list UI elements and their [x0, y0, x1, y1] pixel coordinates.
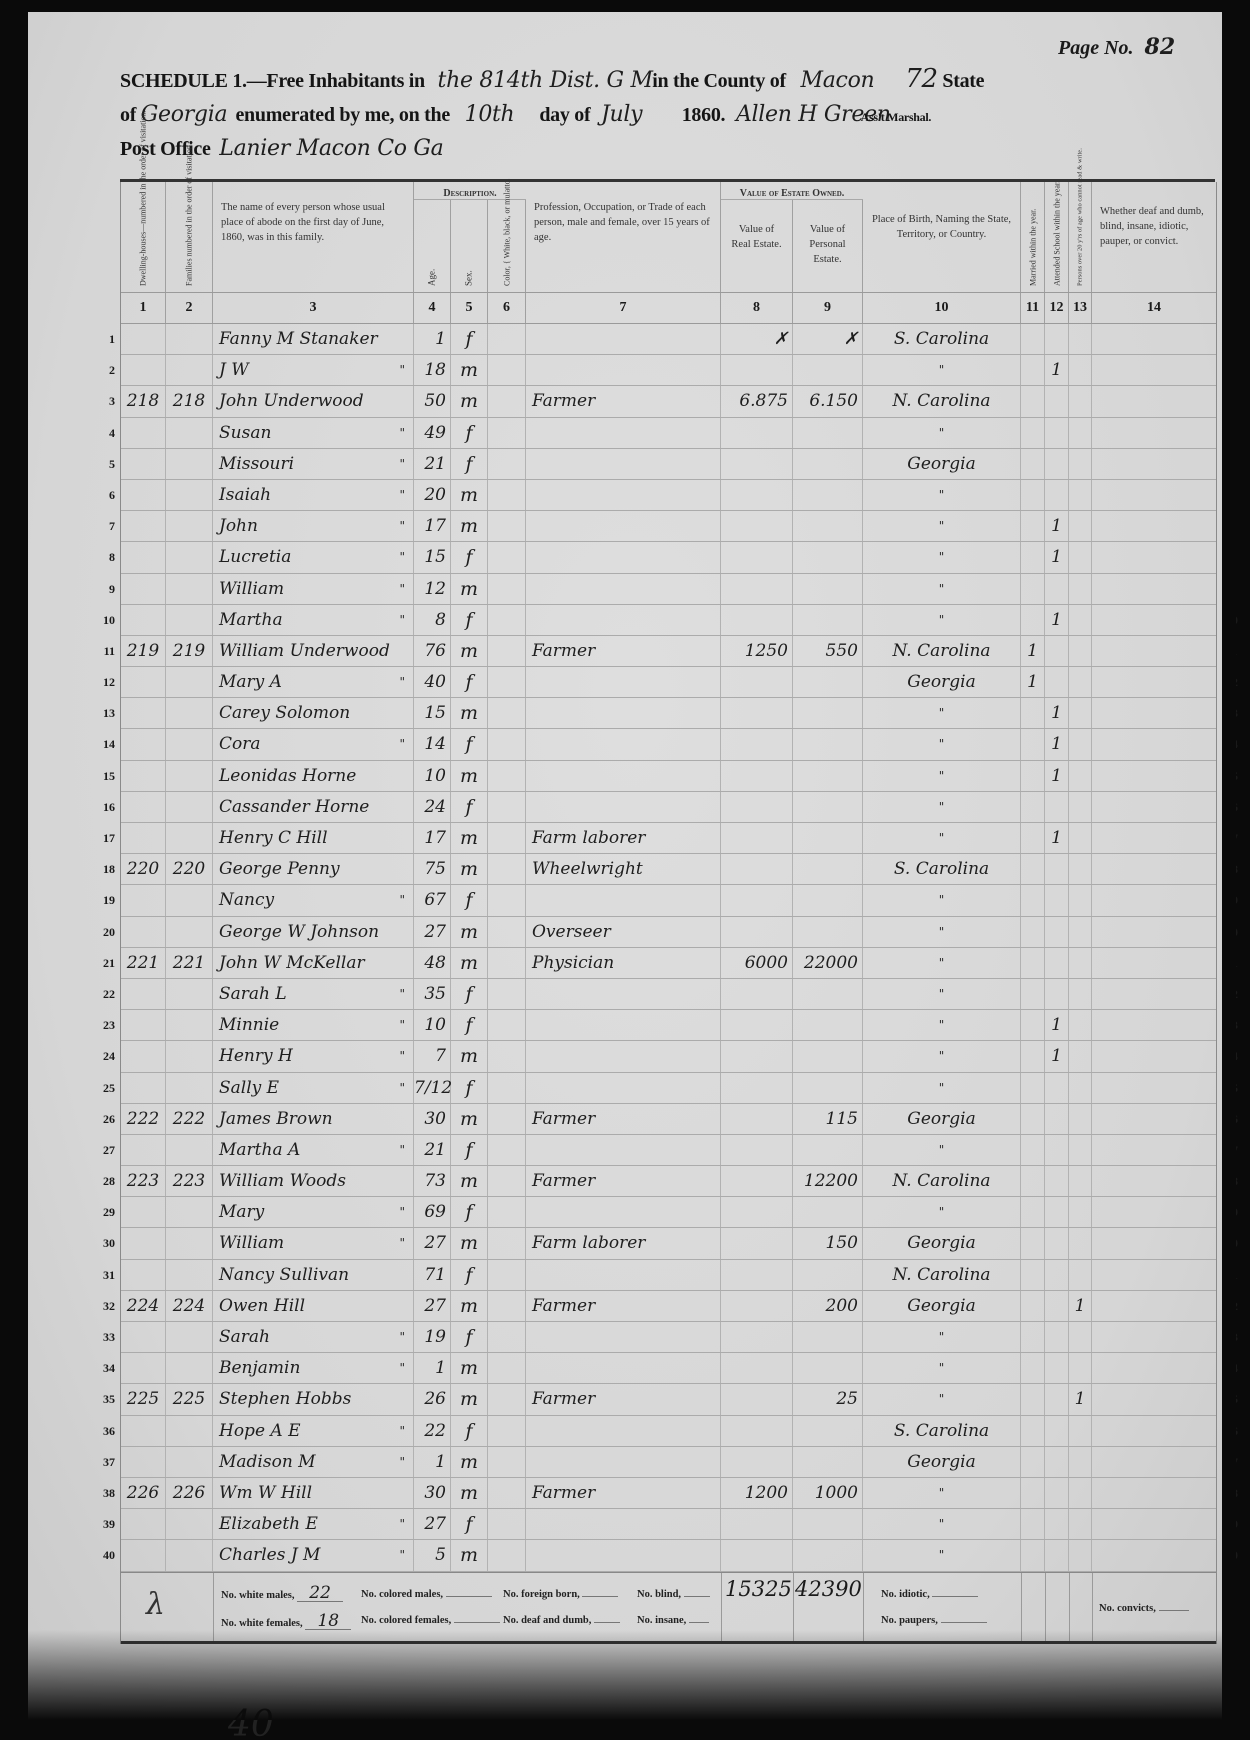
- col-num-14: 14: [1092, 293, 1216, 323]
- real-estate-value: [721, 854, 793, 884]
- person-name: Missouri": [213, 449, 414, 479]
- personal-estate-value: [793, 605, 863, 635]
- ditto-mark: ": [399, 885, 405, 915]
- person-name: Elizabeth E": [213, 1509, 414, 1539]
- married-within-year: [1021, 480, 1045, 510]
- color: [488, 979, 526, 1009]
- person-name-text: Elizabeth E: [219, 1514, 318, 1534]
- infirmity: [1092, 1384, 1216, 1414]
- occupation: [526, 792, 721, 822]
- age: 21: [414, 449, 451, 479]
- person-name-text: Nancy: [219, 890, 274, 910]
- age: 1: [414, 324, 451, 354]
- color: [488, 1073, 526, 1103]
- real-estate-value: ✗: [721, 324, 793, 354]
- color: [488, 386, 526, 416]
- personal-estate-value: [793, 1322, 863, 1352]
- age: 71: [414, 1260, 451, 1290]
- infirmity: [1092, 355, 1216, 385]
- real-estate-value: [721, 1509, 793, 1539]
- color: [488, 1384, 526, 1414]
- colored-males-label: No. colored males,: [361, 1589, 443, 1600]
- person-name: Isaiah": [213, 480, 414, 510]
- real-estate-value: [721, 792, 793, 822]
- attended-school: [1045, 948, 1069, 978]
- scan-edge: [1222, 12, 1236, 1720]
- personal-estate-value: [793, 1509, 863, 1539]
- table-row: 4Susan"49f"4: [121, 418, 1216, 449]
- person-name-text: Missouri: [219, 454, 294, 474]
- family-number: [166, 574, 213, 604]
- attended-school: [1045, 1322, 1069, 1352]
- table-row: 9William"12m"9: [121, 574, 1216, 605]
- sex: m: [451, 854, 488, 884]
- page-number: Page No. 82: [1058, 34, 1175, 60]
- table-row: 14Cora"14f"114: [121, 729, 1216, 760]
- line-number-left: 21: [95, 948, 115, 978]
- color: [488, 823, 526, 853]
- age: 10: [414, 761, 451, 791]
- table-row: 1Fanny M Stanaker1f✗✗S. Carolina1: [121, 324, 1216, 355]
- table-row: 39Elizabeth E"27f"39: [121, 1509, 1216, 1540]
- married-within-year: [1021, 1010, 1045, 1040]
- line-number-left: 36: [95, 1416, 115, 1446]
- attended-school: 1: [1045, 823, 1069, 853]
- dwelling-number: [121, 698, 166, 728]
- table-row: 27Martha A"21f"27: [121, 1135, 1216, 1166]
- family-number: [166, 917, 213, 947]
- person-name-text: Wm W Hill: [219, 1483, 312, 1503]
- col-num-2: 2: [166, 293, 213, 323]
- married-within-year: [1021, 1353, 1045, 1383]
- line-number-left: 29: [95, 1197, 115, 1227]
- age: 75: [414, 854, 451, 884]
- ditto-mark: ": [399, 1197, 405, 1227]
- ditto-mark: ": [399, 1416, 405, 1446]
- occupation: [526, 761, 721, 791]
- col-head-4: Age.: [414, 200, 451, 292]
- person-name: William Underwood: [213, 636, 414, 666]
- person-name-text: Nancy Sullivan: [219, 1265, 349, 1285]
- occupation: [526, 1322, 721, 1352]
- cannot-read-write: [1069, 1509, 1092, 1539]
- dwelling-number: [121, 1322, 166, 1352]
- color: [488, 1135, 526, 1165]
- birthplace: ": [863, 917, 1021, 947]
- birthplace: ": [863, 418, 1021, 448]
- color: [488, 355, 526, 385]
- year-value: 1860.: [682, 104, 726, 126]
- married-within-year: 1: [1021, 667, 1045, 697]
- dwelling-number: [121, 449, 166, 479]
- sex: m: [451, 948, 488, 978]
- family-number: [166, 542, 213, 572]
- color: [488, 948, 526, 978]
- personal-estate-value: [793, 418, 863, 448]
- cannot-read-write: [1069, 542, 1092, 572]
- line-number-left: 7: [95, 511, 115, 541]
- age: 19: [414, 1322, 451, 1352]
- blank-line: [454, 1622, 500, 1623]
- person-name: Madison M": [213, 1447, 414, 1477]
- occupation: Wheelwright: [526, 854, 721, 884]
- married-within-year: [1021, 605, 1045, 635]
- dwelling-number: [121, 574, 166, 604]
- cannot-read-write: [1069, 823, 1092, 853]
- dwelling-number: [121, 1010, 166, 1040]
- occupation: Farm laborer: [526, 1228, 721, 1258]
- blank-line: [684, 1596, 710, 1597]
- person-name: William Woods: [213, 1166, 414, 1196]
- infirmity: [1092, 948, 1216, 978]
- table-row: 11219219William Underwood76mFarmer125055…: [121, 636, 1216, 667]
- col-head-3: The name of every person whose usual pla…: [213, 182, 414, 292]
- person-name-text: Minnie: [219, 1015, 279, 1035]
- col-num-4: 4: [414, 293, 451, 323]
- color: [488, 698, 526, 728]
- line-number-left: 37: [95, 1447, 115, 1477]
- person-name: Susan": [213, 418, 414, 448]
- infirmity: [1092, 917, 1216, 947]
- real-estate-value: [721, 979, 793, 1009]
- attended-school: [1045, 480, 1069, 510]
- personal-estate-value: ✗: [793, 324, 863, 354]
- attended-school: 1: [1045, 761, 1069, 791]
- col-num-10: 10: [863, 293, 1021, 323]
- infirmity: [1092, 854, 1216, 884]
- col-head-9: Value of Personal Estate.: [793, 200, 863, 292]
- ditto-mark: ": [399, 542, 405, 572]
- married-within-year: [1021, 761, 1045, 791]
- age: 27: [414, 1228, 451, 1258]
- occupation: Farmer: [526, 1291, 721, 1321]
- col-num-1: 1: [121, 293, 166, 323]
- day-of-label: day of: [539, 104, 590, 126]
- married-within-year: [1021, 355, 1045, 385]
- person-name-text: Sally E: [219, 1078, 279, 1098]
- married-within-year: [1021, 917, 1045, 947]
- ditto-mark: ": [399, 667, 405, 697]
- ditto-mark: ": [399, 605, 405, 635]
- person-name-text: Cora: [219, 734, 261, 754]
- married-within-year: [1021, 324, 1045, 354]
- infirmity: [1092, 979, 1216, 1009]
- color: [488, 1322, 526, 1352]
- infirmity: [1092, 1104, 1216, 1134]
- line-number-left: 20: [95, 917, 115, 947]
- occupation: [526, 1197, 721, 1227]
- age: 73: [414, 1166, 451, 1196]
- cannot-read-write: [1069, 885, 1092, 915]
- col-head-14: Whether deaf and dumb, blind, insane, id…: [1092, 182, 1216, 292]
- insane-count: No. insane,: [637, 1615, 709, 1626]
- table-row: 24Henry H"7m"124: [121, 1041, 1216, 1072]
- white-males-label: No. white males,: [221, 1590, 295, 1601]
- family-number: [166, 1322, 213, 1352]
- sex: f: [451, 1073, 488, 1103]
- table-row: 2J W"18m"12: [121, 355, 1216, 386]
- line-number-left: 16: [95, 792, 115, 822]
- real-estate-value: [721, 418, 793, 448]
- personal-estate-value: [793, 1416, 863, 1446]
- family-number: [166, 1509, 213, 1539]
- attended-school: [1045, 1228, 1069, 1258]
- family-number: 225: [166, 1384, 213, 1414]
- age: 15: [414, 698, 451, 728]
- line-number-left: 1: [95, 324, 115, 354]
- sex: f: [451, 324, 488, 354]
- person-name-text: Mary: [219, 1202, 264, 1222]
- personal-estate-value: [793, 823, 863, 853]
- person-name: Benjamin": [213, 1353, 414, 1383]
- colored-females-count: No. colored females,: [361, 1615, 500, 1626]
- birthplace: ": [863, 355, 1021, 385]
- scan-edge-shadow: [28, 1630, 1236, 1720]
- person-name: Wm W Hill: [213, 1478, 414, 1508]
- sex: m: [451, 1353, 488, 1383]
- real-estate-value: [721, 542, 793, 572]
- col-head-10: Place of Birth, Naming the State, Territ…: [863, 182, 1021, 292]
- dwelling-number: 225: [121, 1384, 166, 1414]
- age: 8: [414, 605, 451, 635]
- dwelling-number: 220: [121, 854, 166, 884]
- family-number: [166, 1228, 213, 1258]
- line-number-left: 39: [95, 1509, 115, 1539]
- occupation: [526, 480, 721, 510]
- person-name: James Brown: [213, 1104, 414, 1134]
- occupation: [526, 1540, 721, 1570]
- color: [488, 1228, 526, 1258]
- ditto-mark: ": [399, 1540, 405, 1570]
- real-estate-value: [721, 1353, 793, 1383]
- age: 22: [414, 1416, 451, 1446]
- person-name-text: William: [219, 1233, 284, 1253]
- real-estate-value: [721, 917, 793, 947]
- personal-estate-value: [793, 698, 863, 728]
- real-estate-value: [721, 511, 793, 541]
- line-number-left: 30: [95, 1228, 115, 1258]
- schedule-title-line: SCHEDULE 1.—Free Inhabitants in the 814t…: [120, 64, 984, 94]
- sex: m: [451, 1104, 488, 1134]
- family-number: [166, 698, 213, 728]
- birthplace: ": [863, 1197, 1021, 1227]
- married-within-year: [1021, 1447, 1045, 1477]
- line-number-left: 26: [95, 1104, 115, 1134]
- birthplace: ": [863, 1073, 1021, 1103]
- paupers-label: No. paupers,: [881, 1615, 938, 1626]
- col-num-6: 6: [488, 293, 526, 323]
- white-males-count: No. white males, 22: [221, 1585, 343, 1602]
- infirmity: [1092, 1447, 1216, 1477]
- attended-school: [1045, 854, 1069, 884]
- person-name-text: Martha A: [219, 1140, 300, 1160]
- line-number-left: 5: [95, 449, 115, 479]
- real-estate-value: [721, 480, 793, 510]
- cannot-read-write: [1069, 449, 1092, 479]
- ditto-mark: ": [399, 1041, 405, 1071]
- age: 7/12: [414, 1073, 451, 1103]
- dwelling-number: [121, 1416, 166, 1446]
- sex: m: [451, 574, 488, 604]
- attended-school: [1045, 979, 1069, 1009]
- birthplace: N. Carolina: [863, 1260, 1021, 1290]
- col-head-7: Profession, Occupation, or Trade of each…: [526, 182, 721, 292]
- person-name-text: Charles J M: [219, 1545, 320, 1565]
- occupation: [526, 1135, 721, 1165]
- dwelling-number: 222: [121, 1104, 166, 1134]
- attended-school: [1045, 636, 1069, 666]
- attended-school: [1045, 1291, 1069, 1321]
- age: 27: [414, 1291, 451, 1321]
- person-name-text: Sarah L: [219, 984, 287, 1004]
- table-row: 16Cassander Horne24f"16: [121, 792, 1216, 823]
- col-head-14-label: Whether deaf and dumb, blind, insane, id…: [1092, 182, 1216, 249]
- blank-line: [932, 1596, 978, 1597]
- person-name: Mary": [213, 1197, 414, 1227]
- col-head-12-label: Attended School within the year.: [1052, 181, 1061, 286]
- cannot-read-write: [1069, 1228, 1092, 1258]
- occupation: [526, 1010, 721, 1040]
- personal-estate-value: [793, 511, 863, 541]
- personal-estate-value: [793, 1041, 863, 1071]
- blank-line: [582, 1596, 618, 1597]
- sex: m: [451, 698, 488, 728]
- infirmity: [1092, 449, 1216, 479]
- person-name: Nancy": [213, 885, 414, 915]
- dwelling-number: [121, 355, 166, 385]
- stamped-page-number: 72: [905, 64, 937, 94]
- cannot-read-write: 1: [1069, 1291, 1092, 1321]
- age: 17: [414, 511, 451, 541]
- real-estate-value: [721, 574, 793, 604]
- person-name-text: Martha: [219, 610, 283, 630]
- cannot-read-write: [1069, 698, 1092, 728]
- person-name-text: Fanny M Stanaker: [219, 329, 378, 349]
- infirmity: [1092, 605, 1216, 635]
- infirmity: [1092, 1540, 1216, 1570]
- occupation: [526, 1073, 721, 1103]
- color: [488, 636, 526, 666]
- col-head-5-label: Sex.: [465, 270, 474, 286]
- real-estate-value: [721, 1291, 793, 1321]
- birthplace: Georgia: [863, 1291, 1021, 1321]
- infirmity: [1092, 542, 1216, 572]
- person-name-text: Leonidas Horne: [219, 766, 356, 786]
- birthplace: ": [863, 792, 1021, 822]
- personal-estate-value: [793, 854, 863, 884]
- birthplace: Georgia: [863, 1447, 1021, 1477]
- personal-estate-value: 200: [793, 1291, 863, 1321]
- line-number-left: 8: [95, 542, 115, 572]
- family-number: [166, 1260, 213, 1290]
- ditto-mark: ": [399, 1353, 405, 1383]
- attended-school: 1: [1045, 1041, 1069, 1071]
- person-name-text: William Woods: [219, 1171, 346, 1191]
- infirmity: [1092, 1073, 1216, 1103]
- age: 7: [414, 1041, 451, 1071]
- real-estate-value: [721, 1010, 793, 1040]
- personal-estate-value: [793, 1073, 863, 1103]
- family-number: [166, 979, 213, 1009]
- table-row: 22Sarah L"35f"22: [121, 979, 1216, 1010]
- birthplace: ": [863, 823, 1021, 853]
- real-estate-value: 1250: [721, 636, 793, 666]
- color: [488, 1166, 526, 1196]
- person-name-text: John: [219, 516, 258, 536]
- cannot-read-write: [1069, 729, 1092, 759]
- table-row: 31Nancy Sullivan71fN. Carolina31: [121, 1260, 1216, 1291]
- real-estate-value: [721, 355, 793, 385]
- occupation: [526, 885, 721, 915]
- ditto-mark: ": [399, 1509, 405, 1539]
- personal-estate-value: 115: [793, 1104, 863, 1134]
- infirmity: [1092, 480, 1216, 510]
- table-row: 5Missouri"21fGeorgia5: [121, 449, 1216, 480]
- color: [488, 854, 526, 884]
- married-within-year: [1021, 885, 1045, 915]
- dwelling-number: [121, 885, 166, 915]
- ditto-mark: ": [399, 1135, 405, 1165]
- cannot-read-write: [1069, 1073, 1092, 1103]
- person-name: John Underwood: [213, 386, 414, 416]
- infirmity: [1092, 1228, 1216, 1258]
- occupation: [526, 574, 721, 604]
- ditto-mark: ": [399, 1073, 405, 1103]
- real-estate-value: 6000: [721, 948, 793, 978]
- age: 10: [414, 1010, 451, 1040]
- sex: m: [451, 1291, 488, 1321]
- ditto-mark: ": [399, 729, 405, 759]
- col-num-13: 13: [1069, 293, 1092, 323]
- table-row: 32224224Owen Hill27mFarmer200Georgia132: [121, 1291, 1216, 1322]
- attended-school: 1: [1045, 511, 1069, 541]
- sex: f: [451, 605, 488, 635]
- birthplace: ": [863, 885, 1021, 915]
- cannot-read-write: [1069, 1135, 1092, 1165]
- line-number-left: 27: [95, 1135, 115, 1165]
- marshal-name: Allen H Green: [736, 102, 856, 127]
- person-name-text: Henry H: [219, 1046, 293, 1066]
- occupation: Farm laborer: [526, 823, 721, 853]
- col-head-10-label: Place of Birth, Naming the State, Territ…: [863, 182, 1020, 242]
- attended-school: [1045, 917, 1069, 947]
- family-number: 221: [166, 948, 213, 978]
- birthplace: ": [863, 1010, 1021, 1040]
- birthplace: ": [863, 542, 1021, 572]
- dwelling-number: [121, 823, 166, 853]
- dwelling-number: 218: [121, 386, 166, 416]
- color: [488, 542, 526, 572]
- birthplace: ": [863, 1478, 1021, 1508]
- attended-school: [1045, 1509, 1069, 1539]
- birthplace: ": [863, 1540, 1021, 1570]
- sex: m: [451, 1166, 488, 1196]
- age: 49: [414, 418, 451, 448]
- dwelling-number: [121, 605, 166, 635]
- infirmity: [1092, 1322, 1216, 1352]
- white-males-value: 22: [297, 1585, 343, 1602]
- dwelling-number: [121, 761, 166, 791]
- infirmity: [1092, 1478, 1216, 1508]
- real-estate-value: [721, 1197, 793, 1227]
- cannot-read-write: [1069, 1260, 1092, 1290]
- attended-school: [1045, 1478, 1069, 1508]
- total-personal-estate: 42390: [795, 1577, 862, 1601]
- age: 17: [414, 823, 451, 853]
- person-name: John": [213, 511, 414, 541]
- cannot-read-write: [1069, 1416, 1092, 1446]
- sex: m: [451, 1228, 488, 1258]
